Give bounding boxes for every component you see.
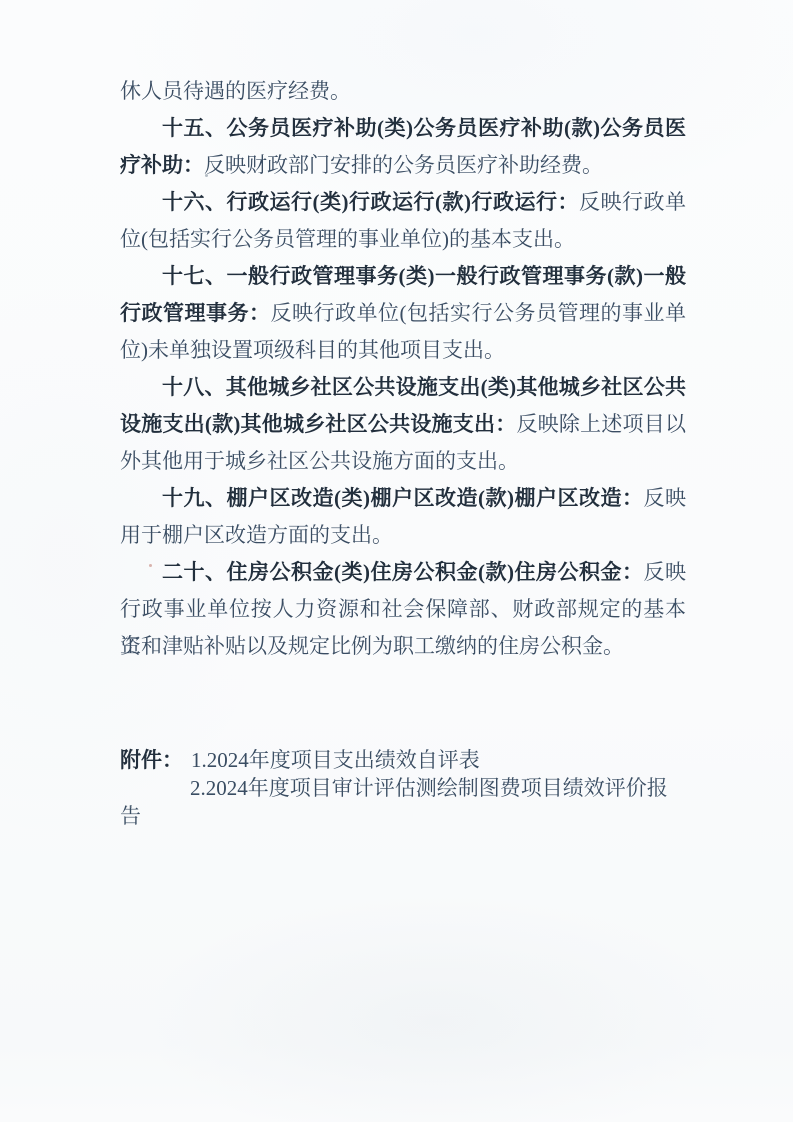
text-run: 休人员待遇的医疗经费。 — [120, 79, 351, 103]
bold-text-run: 行政管理事务： — [120, 301, 271, 325]
text-run: 反映行政单位(包括实行公务员管理的事业单 — [271, 301, 687, 325]
paragraph-20-line-1: 二十、住房公积金(类)住房公积金(款)住房公积金：反映 — [120, 554, 686, 591]
bold-text-run: 十八、其他城乡社区公共设施支出(类)其他城乡社区公共 — [162, 375, 686, 399]
paragraph-16-line-2: 位(包括实行公务员管理的事业单位)的基本支出。 — [120, 221, 686, 258]
bold-text-run: 十九、棚户区改造(类)棚户区改造(款)棚户区改造： — [162, 486, 644, 510]
text-run: 反映财政部门安排的公务员医疗补助经费。 — [204, 153, 603, 177]
bold-text-run: 十七、一般行政管理事务(类)一般行政管理事务(款)一般 — [162, 264, 686, 288]
scanned-document-page: 休人员待遇的医疗经费。十五、公务员医疗补助(类)公务员医疗补助(款)公务员医疗补… — [0, 0, 793, 1122]
paragraph-18-line-2: 设施支出(款)其他城乡社区公共设施支出：反映除上述项目以 — [120, 406, 686, 443]
document-text-block: 休人员待遇的医疗经费。十五、公务员医疗补助(类)公务员医疗补助(款)公务员医疗补… — [120, 73, 686, 830]
paragraph-14-continuation-line-1: 休人员待遇的医疗经费。 — [120, 73, 686, 110]
bold-text-run: 二十、住房公积金(类)住房公积金(款)住房公积金： — [162, 560, 644, 584]
attachment-item-1: 1.2024年度项目支出绩效自评表 — [191, 748, 480, 772]
paragraph-18-line-3: 外其他用于城乡社区公共设施方面的支出。 — [120, 443, 686, 480]
paragraph-17-line-3: 位)未单独设置项级科目的其他项目支出。 — [120, 332, 686, 369]
text-run: 资和津贴补贴以及规定比例为职工缴纳的住房公积金。 — [120, 634, 624, 658]
bold-text-run: 十六、行政运行(类)行政运行(款)行政运行： — [162, 190, 579, 214]
attachments-block: 附件：1.2024年度项目支出绩效自评表 2.2024年度项目审计评估测绘制图费… — [120, 746, 686, 830]
paragraph-20-line-2: 行政事业单位按人力资源和社会保障部、财政部规定的基本工 — [120, 591, 686, 628]
text-run: 反映除上述项目以 — [516, 412, 686, 436]
text-run: 反映 — [644, 560, 687, 584]
text-run: 位)未单独设置项级科目的其他项目支出。 — [120, 338, 505, 362]
text-run: 用于棚户区改造方面的支出。 — [120, 523, 393, 547]
attachments-label: 附件： — [120, 748, 183, 772]
attachment-item-2-part-2: 告 — [120, 804, 141, 828]
paragraph-17-line-1: 十七、一般行政管理事务(类)一般行政管理事务(款)一般 — [120, 258, 686, 295]
document-body: 休人员待遇的医疗经费。十五、公务员医疗补助(类)公务员医疗补助(款)公务员医疗补… — [120, 73, 686, 665]
paragraph-15-line-1: 十五、公务员医疗补助(类)公务员医疗补助(款)公务员医 — [120, 110, 686, 147]
bold-text-run: 疗补助： — [120, 153, 204, 177]
attachment-item-2-part-1: 2.2024年度项目审计评估测绘制图费项目绩效评价报 — [190, 776, 668, 800]
text-run: 反映 — [644, 486, 687, 510]
text-run: 位(包括实行公务员管理的事业单位)的基本支出。 — [120, 227, 575, 251]
text-run: 外其他用于城乡社区公共设施方面的支出。 — [120, 449, 519, 473]
paragraph-19-line-1: 十九、棚户区改造(类)棚户区改造(款)棚户区改造：反映 — [120, 480, 686, 517]
paragraph-16-line-1: 十六、行政运行(类)行政运行(款)行政运行：反映行政单 — [120, 184, 686, 221]
attachment-line-2: 2.2024年度项目审计评估测绘制图费项目绩效评价报 — [120, 774, 686, 802]
paragraph-20-line-3: 资和津贴补贴以及规定比例为职工缴纳的住房公积金。 — [120, 628, 686, 665]
paragraph-17-line-2: 行政管理事务：反映行政单位(包括实行公务员管理的事业单 — [120, 295, 686, 332]
bold-text-run: 设施支出(款)其他城乡社区公共设施支出： — [120, 412, 516, 436]
attachment-line-3: 告 — [120, 802, 686, 830]
paragraph-19-line-2: 用于棚户区改造方面的支出。 — [120, 517, 686, 554]
paragraph-15-line-2: 疗补助：反映财政部门安排的公务员医疗补助经费。 — [120, 147, 686, 184]
bold-text-run: 十五、公务员医疗补助(类)公务员医疗补助(款)公务员医 — [162, 116, 686, 140]
text-run: 反映行政单 — [579, 190, 686, 214]
paragraph-18-line-1: 十八、其他城乡社区公共设施支出(类)其他城乡社区公共 — [120, 369, 686, 406]
attachment-line-1: 附件：1.2024年度项目支出绩效自评表 — [120, 746, 686, 774]
